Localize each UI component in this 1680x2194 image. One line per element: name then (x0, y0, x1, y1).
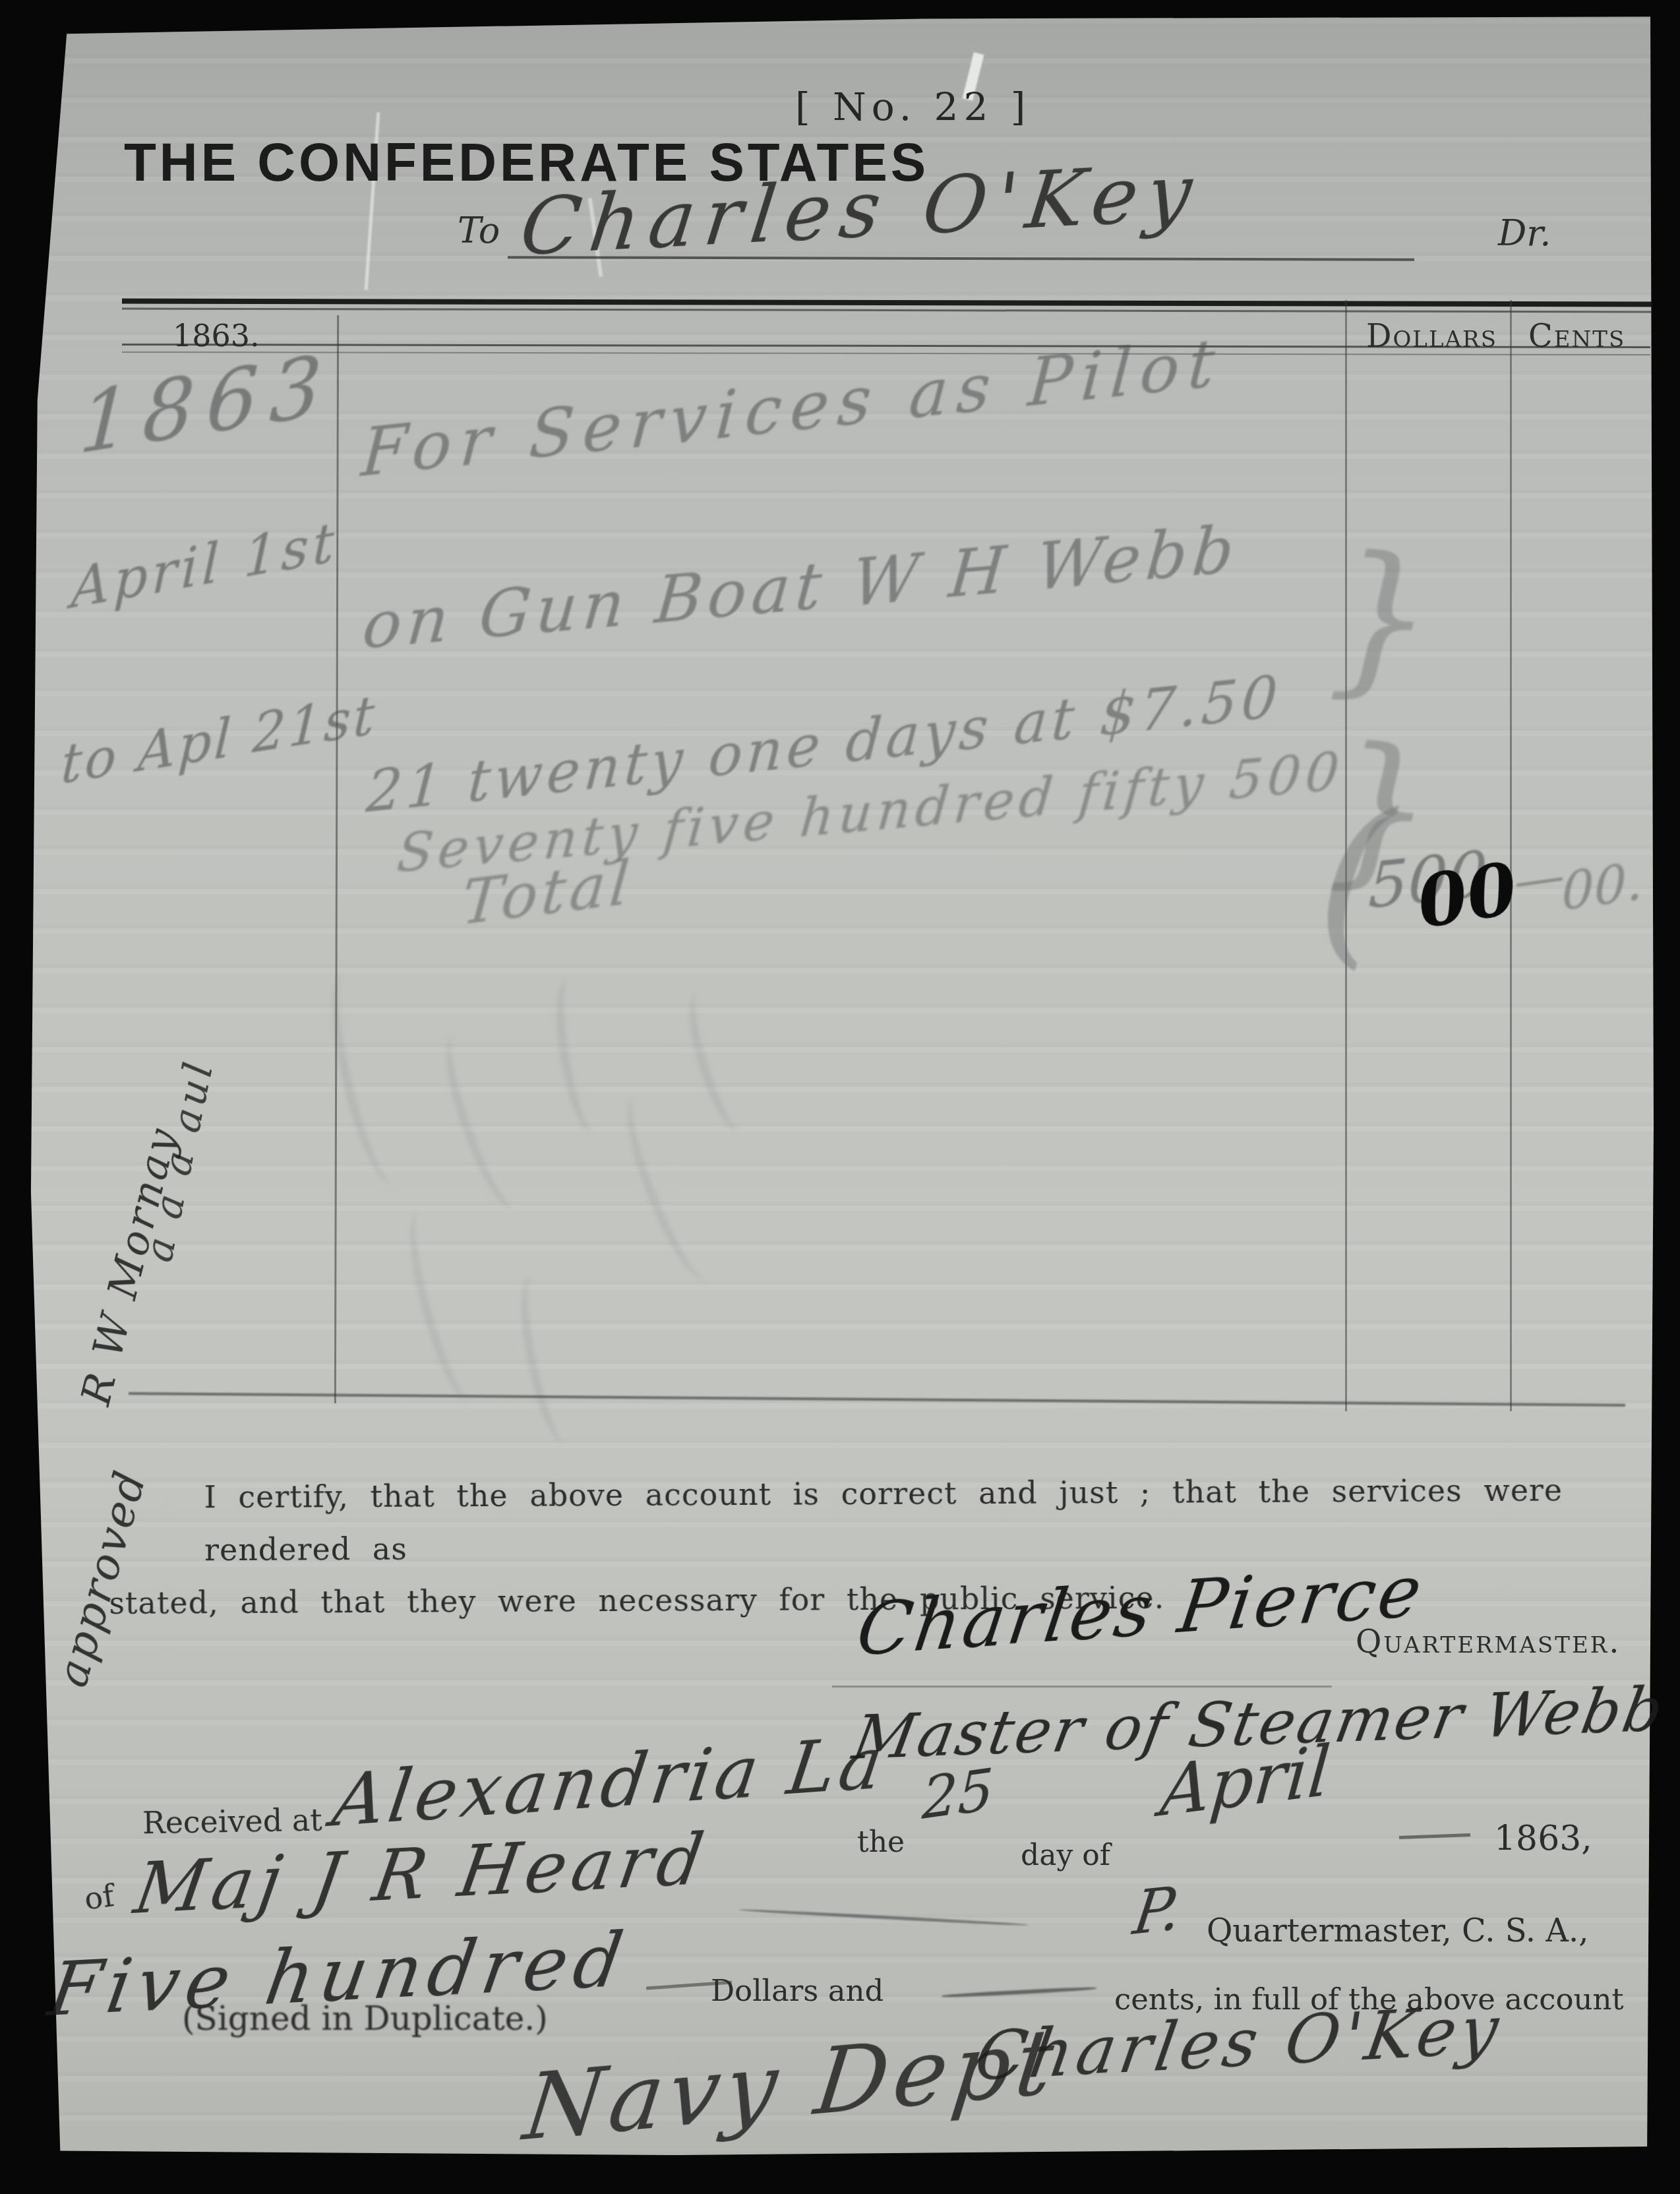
entry-brace2: } (1325, 519, 1437, 714)
signature-rule (832, 1686, 1332, 1688)
dollars-and-label: Dollars and (711, 1973, 884, 2008)
amount-cents: 00. (1562, 851, 1643, 923)
cents-column-header: Cents (1528, 318, 1625, 355)
quartermaster-title: Quartermaster. (1356, 1624, 1621, 1661)
the-label: the (857, 1825, 905, 1859)
table-year-label: 1863. (173, 318, 260, 353)
day-handwritten: 25 (921, 1757, 995, 1834)
to-label: To (458, 210, 500, 251)
dollars-column-header: Dollars (1366, 318, 1497, 355)
day-of-label: day of (1021, 1839, 1110, 1872)
year-printed: 1863, (1494, 1819, 1592, 1858)
quartermaster-csa-label: Quartermaster, C. S. A., (1207, 1912, 1589, 1949)
amount-dollars-ink: 00 (1412, 847, 1522, 944)
scanned-voucher-image: [ No. 22 ] THE CONFEDERATE STATES To Cha… (0, 0, 1680, 2194)
of-label: of (82, 1877, 116, 1917)
received-at-label: Received at (142, 1802, 323, 1841)
form-number: [ No. 22 ] (795, 84, 1031, 129)
dr-label: Dr. (1498, 212, 1551, 254)
signed-duplicate-label: (Signed in Duplicate.) (182, 1999, 548, 2038)
